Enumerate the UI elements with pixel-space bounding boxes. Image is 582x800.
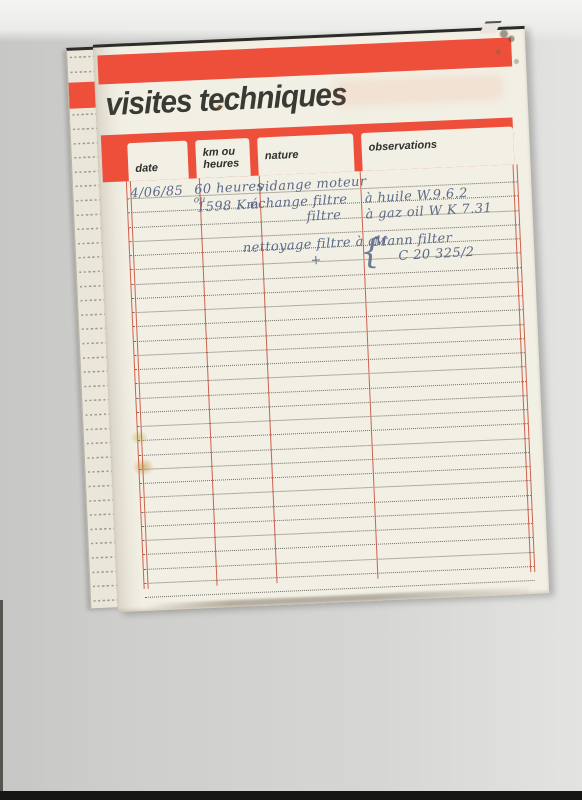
- ink-bleed-ghost: [333, 74, 504, 107]
- handwriting-plus-sign: +: [310, 253, 322, 269]
- scanner-edge-left: [0, 600, 3, 791]
- handwriting-nature-1: vidange moteur: [257, 174, 367, 195]
- column-tab-nature: nature: [257, 133, 355, 175]
- row-dotted-line: [138, 423, 528, 441]
- handwriting-nature-3: filtre: [306, 208, 341, 225]
- column-tab-km-ou-heures: km ou heures: [195, 138, 251, 178]
- bottom-edge-grime: [145, 587, 529, 610]
- column-divider-km-nature: [259, 176, 278, 584]
- column-label: observations: [368, 139, 437, 154]
- handwriting-date: 4/06/85: [130, 184, 184, 202]
- page-title: visites techniques: [105, 76, 348, 123]
- row-dotted-line: [143, 523, 533, 541]
- paper-stain: [132, 457, 155, 476]
- row-dotted-line: [131, 267, 521, 285]
- scanner-edge-bottom: [0, 791, 582, 800]
- right-margin-line: [516, 164, 535, 572]
- corner-dirt: [481, 29, 525, 83]
- row-dotted-line: [139, 438, 529, 456]
- column-tab-date: date: [127, 141, 189, 182]
- row-dotted-line: [139, 452, 529, 470]
- row-dotted-line: [134, 324, 524, 342]
- column-tab-observations: observations: [361, 126, 515, 171]
- column-header-band: date km ou heures nature observations: [101, 117, 515, 182]
- handwriting-observation-5: C 20 325/2: [398, 245, 475, 264]
- row-dotted-line: [132, 281, 522, 299]
- row-dotted-line: [134, 338, 524, 356]
- right-margin-line: [513, 164, 532, 572]
- column-label: nature: [265, 149, 299, 162]
- row-dotted-line: [141, 495, 531, 513]
- row-dotted-line: [144, 566, 534, 584]
- row-dotted-line: [141, 480, 531, 498]
- row-dotted-line: [133, 309, 523, 327]
- row-dotted-line: [136, 381, 526, 399]
- row-dotted-line: [138, 409, 528, 427]
- row-dotted-line: [135, 352, 525, 370]
- row-dotted-line: [143, 537, 533, 555]
- row-dotted-line: [133, 295, 523, 313]
- column-divider-date-km: [199, 178, 218, 586]
- logbook-page: visites techniques date km ou heures nat…: [93, 26, 549, 612]
- row-dotted-line: [140, 466, 530, 484]
- column-label: heures: [203, 157, 240, 171]
- row-dotted-line: [137, 395, 527, 413]
- row-dotted-line: [136, 366, 526, 384]
- row-dotted-line: [142, 509, 532, 527]
- row-dotted-line: [144, 551, 534, 569]
- maintenance-booklet: visites techniques date km ou heures nat…: [93, 26, 549, 609]
- column-label: date: [135, 162, 158, 175]
- paper-stain: [130, 430, 149, 446]
